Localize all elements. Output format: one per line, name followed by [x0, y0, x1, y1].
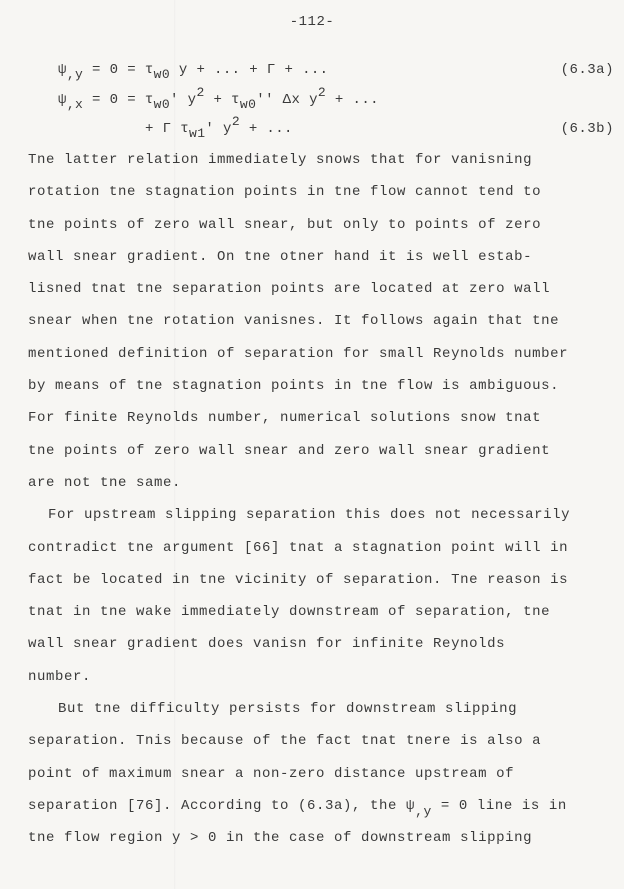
- text-line: Tne latter relation immediately snows th…: [28, 150, 618, 182]
- paragraph-1: Tne latter relation immediately snows th…: [28, 150, 618, 505]
- text-line: point of maximum snear a non-zero distan…: [28, 764, 618, 796]
- equation-label-6-3a: (6.3a): [561, 62, 614, 78]
- text-line: number.: [28, 667, 618, 699]
- text-line: tne points of zero wall snear and zero w…: [28, 441, 618, 473]
- text-line: snear when tne rotation vanisnes. It fol…: [28, 311, 618, 343]
- equation-6-3b-line2: + Γ τw1' y2 + ...: [145, 121, 293, 137]
- text-line-with-inline-math: separation [76]. According to (6.3a), th…: [28, 796, 618, 828]
- text-line: separation. Tnis because of the fact tna…: [28, 731, 618, 763]
- text-line: For finite Reynolds number, numerical so…: [28, 408, 618, 440]
- equation-6-3b-line1: ψ,x = 0 = τw0' y2 + τw0'' Δx y2 + ...: [58, 92, 379, 108]
- text-line: contradict tne argument [66] tnat a stag…: [28, 538, 618, 570]
- text-line: fact be located in tne vicinity of separ…: [28, 570, 618, 602]
- page-number: -112-: [0, 14, 624, 30]
- text-line: rotation tne stagnation points in tne fl…: [28, 182, 618, 214]
- text-line: wall snear gradient does vanisn for infi…: [28, 634, 618, 666]
- text-line: mentioned definition of separation for s…: [28, 344, 618, 376]
- equation-label-6-3b: (6.3b): [561, 121, 614, 137]
- text-line: But tne difficulty persists for downstre…: [28, 699, 618, 731]
- text-line: are not tne same.: [28, 473, 618, 505]
- text-line: For upstream slipping separation this do…: [28, 505, 618, 537]
- text-line: wall snear gradient. On tne otner hand i…: [28, 247, 618, 279]
- text-line: lisned tnat tne separation points are lo…: [28, 279, 618, 311]
- text-line: by means of tne stagnation points in tne…: [28, 376, 618, 408]
- body-text: Tne latter relation immediately snows th…: [28, 150, 618, 861]
- text-line: tne points of zero wall snear, but only …: [28, 215, 618, 247]
- paragraph-2: For upstream slipping separation this do…: [28, 505, 618, 699]
- paragraph-3: But tne difficulty persists for downstre…: [28, 699, 618, 860]
- text-line: tne flow region y > 0 in the case of dow…: [28, 828, 618, 860]
- psi-symbol: ψ: [58, 62, 67, 78]
- text-line: tnat in tne wake immediately downstream …: [28, 602, 618, 634]
- equation-6-3a: ψ,y = 0 = τw0 y + ... + Γ + ...: [58, 62, 328, 78]
- psi-symbol: ψ: [58, 92, 67, 108]
